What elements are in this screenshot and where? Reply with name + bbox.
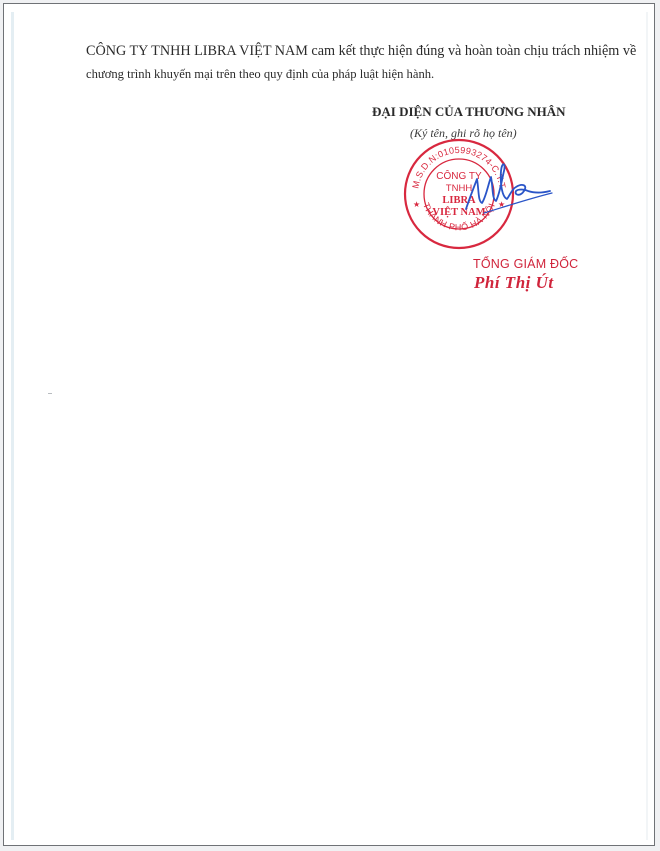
commitment-line-1: CÔNG TY TNHH LIBRA VIỆT NAM cam kết thực… xyxy=(86,42,626,60)
handwritten-signature-icon xyxy=(444,149,554,219)
commitment-line-2: chương trình khuyến mại trên theo quy đị… xyxy=(86,65,626,83)
document-page: CÔNG TY TNHH LIBRA VIỆT NAM cam kết thực… xyxy=(3,3,655,846)
representative-title: ĐẠI DIỆN CỦA THƯƠNG NHÂN xyxy=(372,104,566,120)
commitment-paragraph: CÔNG TY TNHH LIBRA VIỆT NAM cam kết thực… xyxy=(86,42,626,83)
scan-speck xyxy=(48,393,52,394)
signatory-name: Phí Thị Út xyxy=(474,273,554,293)
svg-text:★: ★ xyxy=(413,200,420,209)
scan-edge-right xyxy=(646,12,648,840)
signatory-position: TỔNG GIÁM ĐỐC xyxy=(473,257,578,271)
scan-edge-left xyxy=(11,12,14,840)
